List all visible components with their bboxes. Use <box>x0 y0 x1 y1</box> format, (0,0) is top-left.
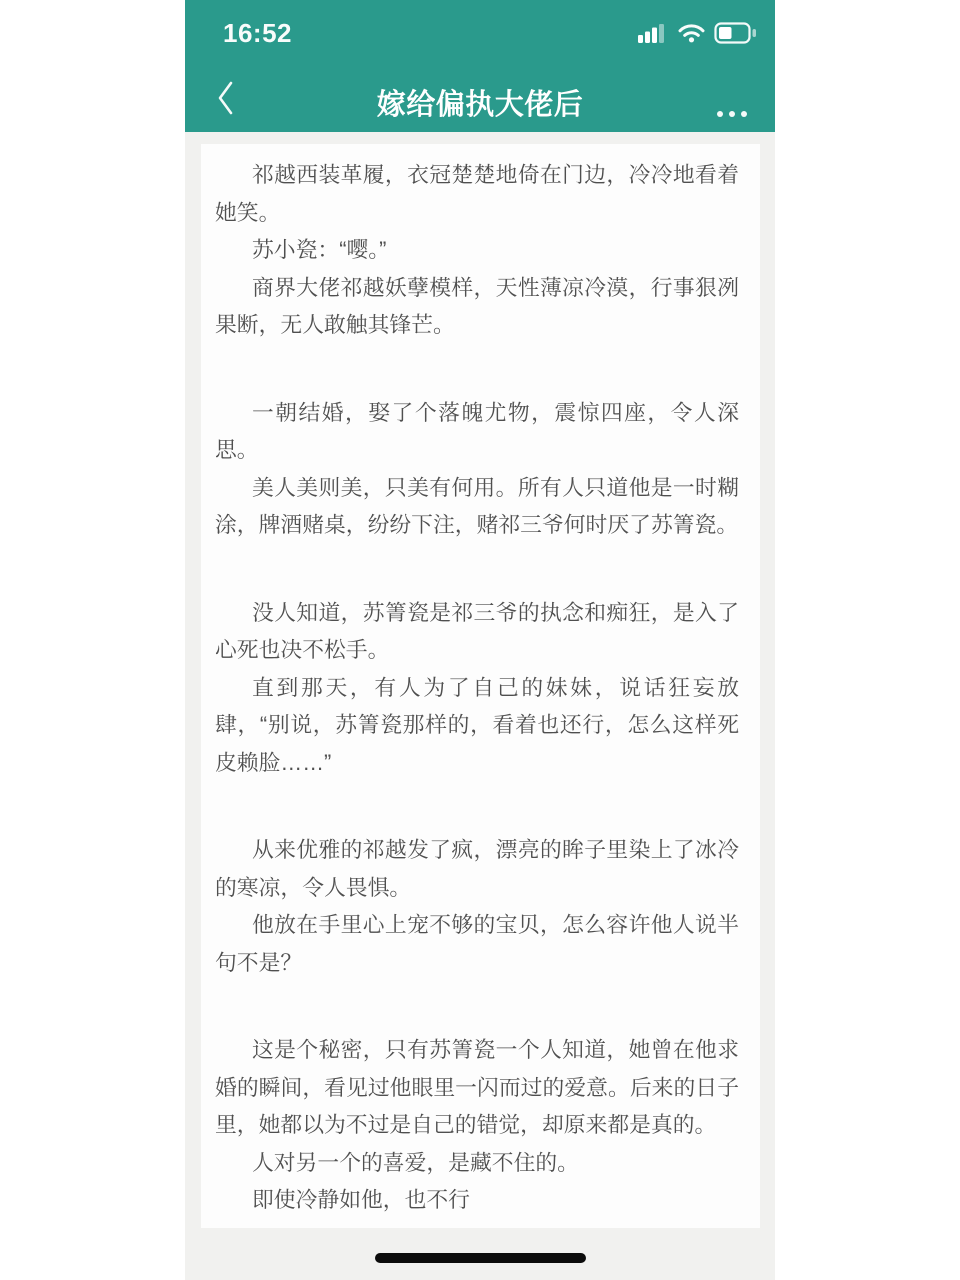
paragraph-group: 祁越西装革履，衣冠楚楚地倚在门边，冷冷地看着她笑。苏小瓷：“嘤。”商界大佬祁越妖… <box>215 156 739 344</box>
back-button[interactable] <box>205 76 245 120</box>
status-icons <box>638 22 758 44</box>
paragraph: 从来优雅的祁越发了疯，漂亮的眸子里染上了冰冷的寒凉，令人畏惧。 <box>215 831 739 906</box>
ellipsis-dot <box>729 111 735 117</box>
paragraph: 一朝结婚，娶了个落魄尤物，震惊四座，令人深思。 <box>215 394 739 469</box>
paragraph-group: 从来优雅的祁越发了疯，漂亮的眸子里染上了冰冷的寒凉，令人畏惧。他放在手里心上宠不… <box>215 831 739 981</box>
phone-screen: 16:52 <box>185 0 775 1280</box>
more-options-button[interactable] <box>717 104 747 124</box>
clock: 16:52 <box>223 18 292 49</box>
paragraph-group: 一朝结婚，娶了个落魄尤物，震惊四座，令人深思。美人美则美，只美有何用。所有人只道… <box>215 394 739 544</box>
paragraph: 苏小瓷：“嘤。” <box>215 231 739 269</box>
paragraph: 他放在手里心上宠不够的宝贝，怎么容许他人说半句不是？ <box>215 906 739 981</box>
paragraph: 即使冷静如他，也不行 <box>215 1181 739 1219</box>
paragraph: 美人美则美，只美有何用。所有人只道他是一时糊涂，牌酒赌桌，纷纷下注，赌祁三爷何时… <box>215 469 739 544</box>
paragraph: 没人知道，苏箐瓷是祁三爷的执念和痴狂，是入了心死也决不松手。 <box>215 594 739 669</box>
cellular-signal-icon <box>638 22 669 44</box>
wifi-icon <box>678 23 705 43</box>
home-indicator[interactable] <box>375 1253 586 1263</box>
paragraph: 这是个秘密，只有苏箐瓷一个人知道，她曾在他求婚的瞬间，看见过他眼里一闪而过的爱意… <box>215 1031 739 1144</box>
paragraph: 祁越西装革履，衣冠楚楚地倚在门边，冷冷地看着她笑。 <box>215 156 739 231</box>
reader-header: 16:52 <box>185 0 775 132</box>
battery-icon <box>714 22 758 44</box>
status-bar: 16:52 <box>185 18 775 48</box>
paragraph: 直到那天，有人为了自己的妹妹，说话狂妄放肆，“别说，苏箐瓷那样的，看着也还行，怎… <box>215 669 739 782</box>
reading-page[interactable]: 祁越西装革履，衣冠楚楚地倚在门边，冷冷地看着她笑。苏小瓷：“嘤。”商界大佬祁越妖… <box>201 144 760 1228</box>
chapter-title: 嫁给偏执大佬后 <box>377 82 584 123</box>
paragraph: 人对另一个的喜爱，是藏不住的。 <box>215 1144 739 1182</box>
paragraph-group: 这是个秘密，只有苏箐瓷一个人知道，她曾在他求婚的瞬间，看见过他眼里一闪而过的爱意… <box>215 1031 739 1219</box>
nav-bar: 嫁给偏执大佬后 <box>185 64 775 128</box>
ellipsis-dot <box>717 111 723 117</box>
ellipsis-dot <box>741 111 747 117</box>
paragraph: 商界大佬祁越妖孽模样，天性薄凉冷漠，行事狠冽果断，无人敢触其锋芒。 <box>215 269 739 344</box>
chevron-left-icon <box>214 79 236 117</box>
paragraph-group: 没人知道，苏箐瓷是祁三爷的执念和痴狂，是入了心死也决不松手。直到那天，有人为了自… <box>215 594 739 782</box>
chapter-content: 祁越西装革履，衣冠楚楚地倚在门边，冷冷地看着她笑。苏小瓷：“嘤。”商界大佬祁越妖… <box>215 156 739 1219</box>
